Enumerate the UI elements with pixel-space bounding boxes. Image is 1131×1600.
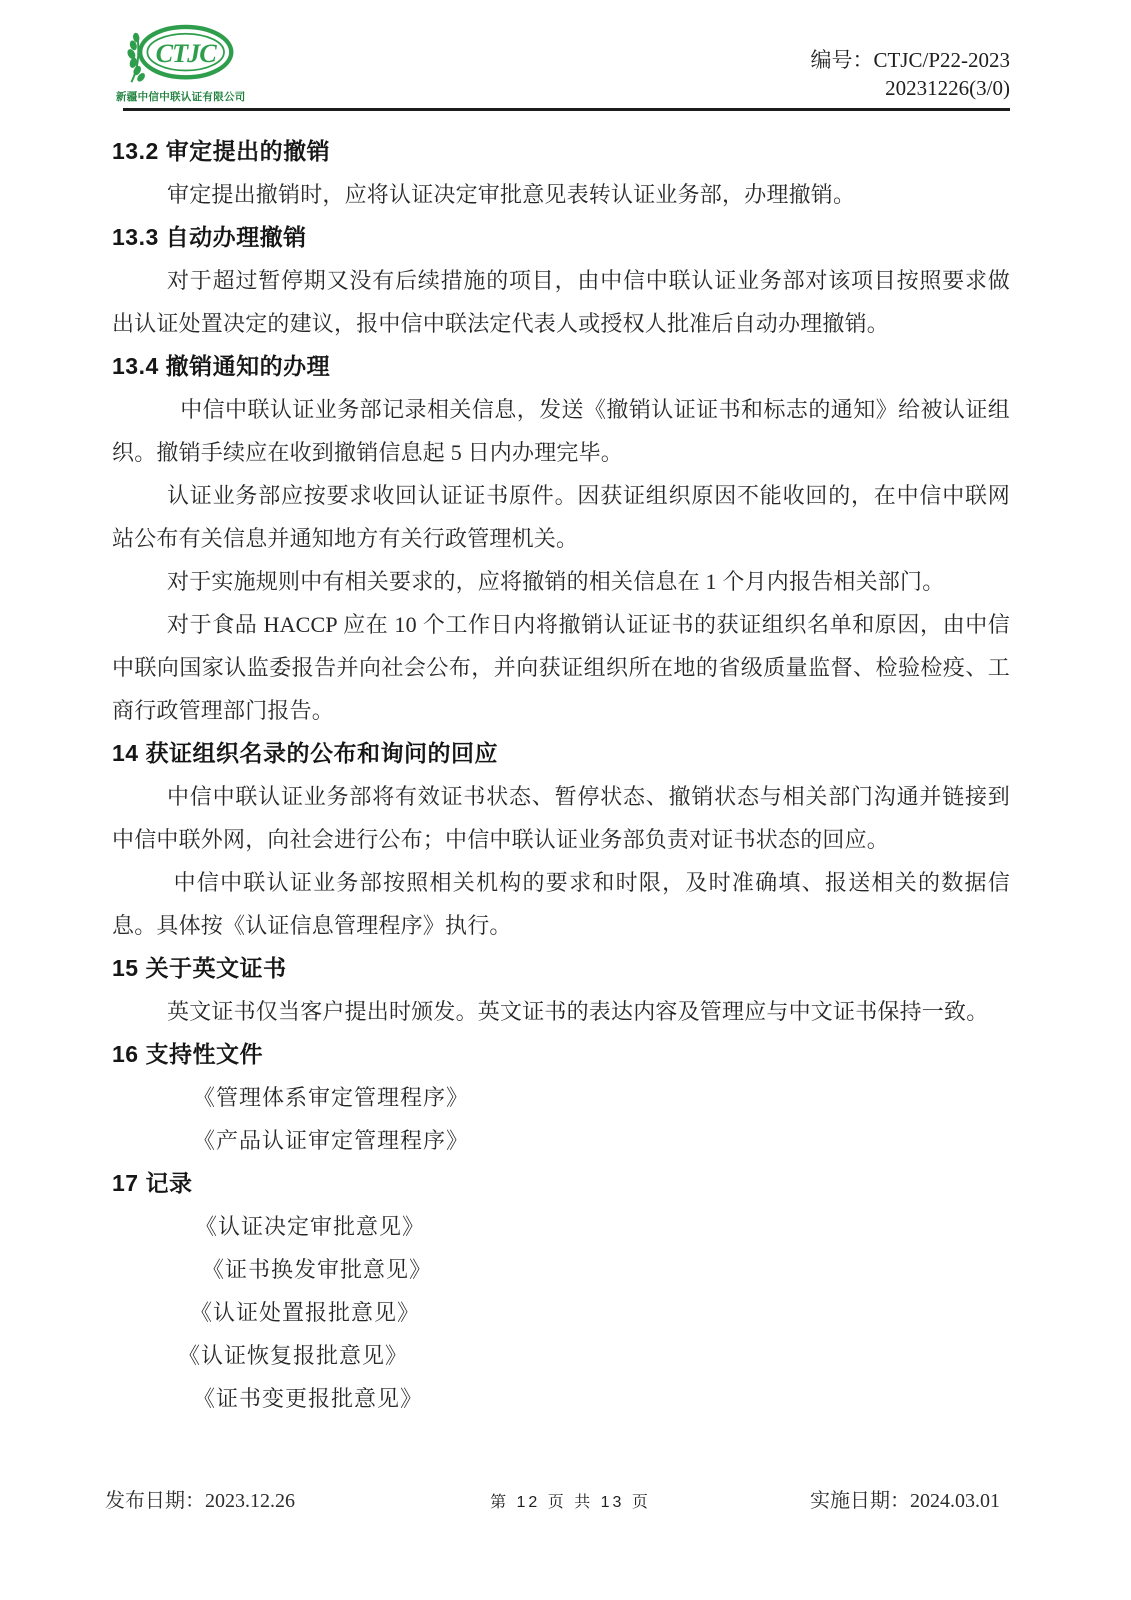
paragraph: 认证业务部应按要求收回认证证书原件。因获证组织原因不能收回的，在中信中联网站公布…: [112, 474, 1010, 560]
document-reference: 《管理体系审定管理程序》: [193, 1076, 1010, 1119]
paragraph: 中信中联认证业务部记录相关信息，发送《撤销认证证书和标志的通知》给被认证组织。撤…: [112, 388, 1010, 474]
section-heading: 17 记录: [112, 1162, 1010, 1205]
document-reference: 《证书换发审批意见》: [202, 1248, 1010, 1291]
document-number-block: 编号：CTJC/P22-2023 20231226(3/0): [810, 46, 1010, 102]
document-page: CTJC 新疆中信中联认证有限公司 编号：CTJC/P22-2023 20231…: [0, 0, 1131, 1600]
paragraph: 对于食品 HACCP 应在 10 个工作日内将撤销认证证书的获证组织名单和原因，…: [112, 603, 1010, 732]
section-heading: 13.4 撤销通知的办理: [112, 345, 1010, 388]
document-reference: 《证书变更报批意见》: [193, 1377, 1010, 1420]
document-version: 20231226(3/0): [810, 74, 1010, 102]
page-header: CTJC 新疆中信中联认证有限公司 编号：CTJC/P22-2023 20231…: [0, 0, 1131, 112]
document-reference: 《产品认证审定管理程序》: [193, 1119, 1010, 1162]
paragraph: 对于实施规则中有相关要求的，应将撤销的相关信息在 1 个月内报告相关部门。: [112, 560, 1010, 603]
document-reference: 《认证恢复报批意见》: [178, 1334, 1010, 1377]
document-reference: 《认证处置报批意见》: [190, 1291, 1010, 1334]
page-number: 第 12 页 共 13 页: [490, 1489, 651, 1512]
paragraph: 中信中联认证业务部将有效证书状态、暂停状态、撤销状态与相关部门沟通并链接到中信中…: [112, 775, 1010, 861]
section-heading: 16 支持性文件: [112, 1033, 1010, 1076]
section-heading: 13.3 自动办理撤销: [112, 216, 1010, 259]
section-heading: 13.2 审定提出的撤销: [112, 130, 1010, 173]
page-footer: 发布日期：2023.12.26 第 12 页 共 13 页 实施日期：2024.…: [105, 1484, 1000, 1513]
paragraph: 审定提出撤销时，应将认证决定审批意见表转认证业务部，办理撤销。: [112, 173, 1010, 216]
paragraph: 英文证书仅当客户提出时颁发。英文证书的表达内容及管理应与中文证书保持一致。: [112, 990, 1010, 1033]
paragraph: 对于超过暂停期又没有后续措施的项目，由中信中联认证业务部对该项目按照要求做出认证…: [112, 259, 1010, 345]
document-reference: 《认证决定审批意见》: [195, 1205, 1010, 1248]
release-date: 发布日期：2023.12.26: [105, 1484, 472, 1513]
company-logo: CTJC 新疆中信中联认证有限公司: [116, 24, 236, 104]
header-divider: [123, 108, 1010, 111]
section-heading: 15 关于英文证书: [112, 947, 1010, 990]
section-heading: 14 获证组织名录的公布和询问的回应: [112, 732, 1010, 775]
document-number: 编号：CTJC/P22-2023: [810, 46, 1010, 74]
implementation-date: 实施日期：2024.03.01: [633, 1484, 1000, 1513]
logo-acronym: CTJC: [156, 39, 218, 68]
document-body: 13.2 审定提出的撤销审定提出撤销时，应将认证决定审批意见表转认证业务部，办理…: [112, 112, 1010, 1420]
paragraph: 中信中联认证业务部按照相关机构的要求和时限，及时准确填、报送相关的数据信息。具体…: [112, 861, 1010, 947]
logo-emblem: CTJC: [116, 24, 236, 88]
company-name: 新疆中信中联认证有限公司: [116, 89, 236, 104]
